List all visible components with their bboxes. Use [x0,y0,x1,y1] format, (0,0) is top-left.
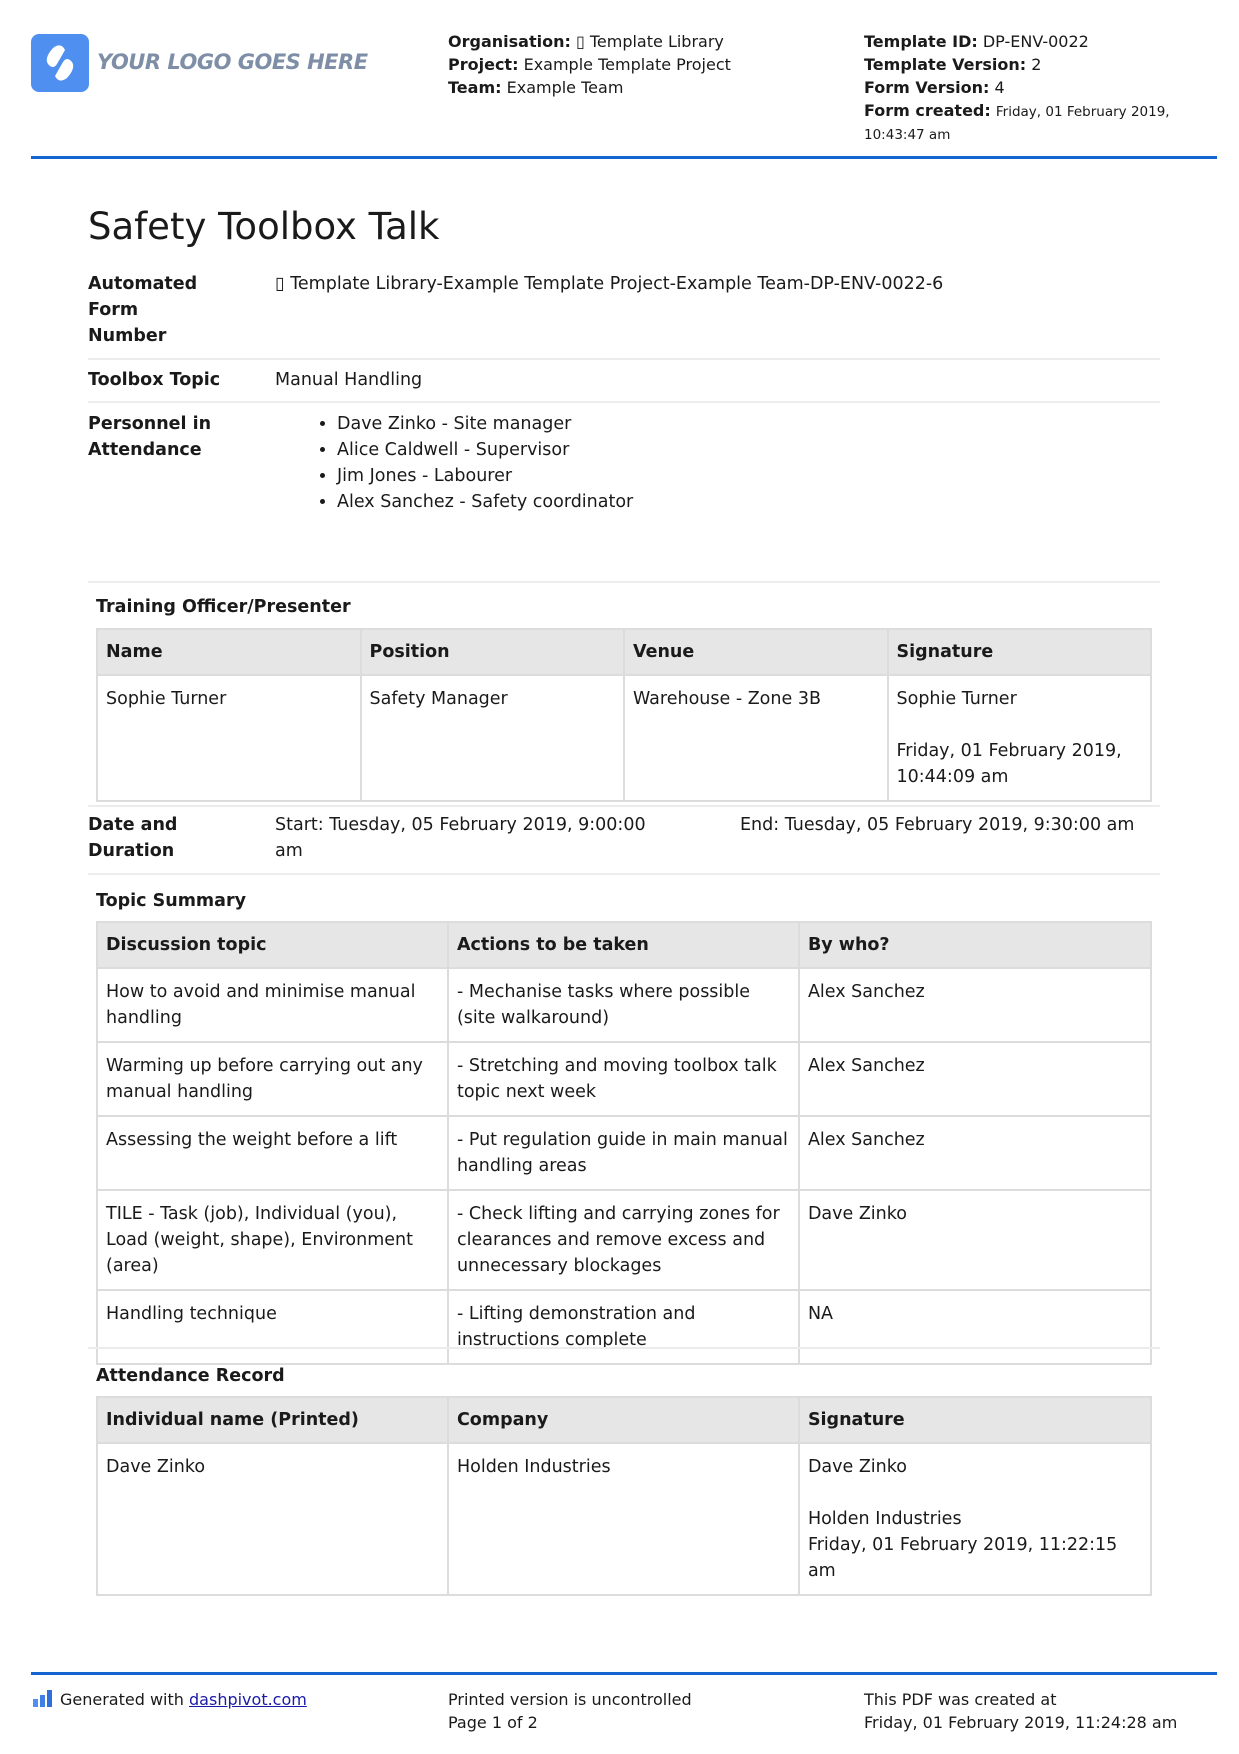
column-header: By who? [799,922,1151,968]
column-header: Company [448,1397,799,1443]
officer-venue: Warehouse - Zone 3B [624,675,888,801]
uncontrolled-notice: Printed version is uncontrolled [448,1688,692,1711]
personnel-label: Personnel in Attendance [88,411,211,463]
action: - Mechanise tasks where possible (site w… [448,968,799,1042]
personnel-item: Jim Jones - Labourer [337,463,633,489]
date-duration-label: Date and Duration [88,812,177,864]
action: - Put regulation guide in main manual ha… [448,1116,799,1190]
training-officer-title: Training Officer/Presenter [96,597,351,617]
generated-prefix: Generated with [60,1690,184,1709]
end-time: End: Tuesday, 05 February 2019, 9:30:00 … [740,812,1134,838]
footer-generated: Generated with dashpivot.com [32,1688,307,1713]
form-created-label: Form created: [864,101,991,120]
discussion-topic: TILE - Task (job), Individual (you), Loa… [97,1190,448,1290]
attendee-signature: Dave Zinko Holden Industries Friday, 01 … [799,1443,1151,1595]
assignee: Alex Sanchez [799,1042,1151,1116]
table-row: Dave Zinko Holden Industries Dave Zinko … [97,1443,1151,1595]
action: - Lifting demonstration and instructions… [448,1290,799,1364]
form-created-value: Friday, 01 February 2019, [996,104,1170,120]
table-header-row: Individual name (Printed) Company Signat… [97,1397,1151,1443]
personnel-item: Alex Sanchez - Safety coordinator [337,489,633,515]
form-number-value: ▯ Template Library-Example Template Proj… [275,271,943,297]
discussion-topic: Assessing the weight before a lift [97,1116,448,1190]
personnel-item: Alice Caldwell - Supervisor [337,437,633,463]
table-row: Handling technique - Lifting demonstrati… [97,1290,1151,1364]
company-logo [31,34,89,92]
column-header: Discussion topic [97,922,448,968]
training-officer-table: Name Position Venue Signature Sophie Tur… [96,628,1152,802]
assignee: Dave Zinko [799,1190,1151,1290]
discussion-topic: Handling technique [97,1290,448,1364]
row-separator [88,805,1160,807]
table-row: Assessing the weight before a lift - Put… [97,1116,1151,1190]
column-header: Signature [799,1397,1151,1443]
column-header: Name [97,629,361,675]
organisation-label: Organisation: [448,32,571,51]
pdf-created-value: Friday, 01 February 2019, 11:24:28 am [864,1711,1177,1734]
table-header-row: Name Position Venue Signature [97,629,1151,675]
assignee: NA [799,1290,1151,1364]
page-number: Page 1 of 2 [448,1711,692,1734]
attendee-name: Dave Zinko [97,1443,448,1595]
project-label: Project: [448,55,518,74]
table-row: Warming up before carrying out any manua… [97,1042,1151,1116]
footer-created-info: This PDF was created at Friday, 01 Febru… [864,1688,1177,1734]
template-version-label: Template Version: [864,55,1026,74]
page-title: Safety Toolbox Talk [88,205,439,248]
attendance-table: Individual name (Printed) Company Signat… [96,1396,1152,1596]
action: - Stretching and moving toolbox talk top… [448,1042,799,1116]
bar-chart-icon [32,1689,54,1713]
row-separator [88,581,1160,583]
officer-name: Sophie Turner [97,675,361,801]
toolbox-topic-label: Toolbox Topic [88,367,220,393]
form-version-label: Form Version: [864,78,989,97]
form-number-label: Automated Form Number [88,271,197,349]
template-version-value: 2 [1031,55,1041,74]
action: - Check lifting and carrying zones for c… [448,1190,799,1290]
officer-position: Safety Manager [361,675,625,801]
team-value: Example Team [507,78,624,97]
pdf-created-label: This PDF was created at [864,1688,1177,1711]
logo-text: YOUR LOGO GOES HERE [97,50,368,74]
header-divider [31,156,1217,159]
column-header: Signature [888,629,1152,675]
column-header: Individual name (Printed) [97,1397,448,1443]
table-header-row: Discussion topic Actions to be taken By … [97,922,1151,968]
footer-print-info: Printed version is uncontrolled Page 1 o… [448,1688,692,1734]
personnel-list: Dave Zinko - Site manager Alice Caldwell… [275,411,633,515]
logo-s-icon [31,34,89,92]
template-id-label: Template ID: [864,32,978,51]
attendance-record-title: Attendance Record [96,1366,285,1386]
header-template-info: Template ID: DP-ENV-0022 Template Versio… [864,30,1170,147]
assignee: Alex Sanchez [799,968,1151,1042]
attendee-company: Holden Industries [448,1443,799,1595]
row-separator [88,873,1160,875]
column-header: Actions to be taken [448,922,799,968]
start-time: Start: Tuesday, 05 February 2019, 9:00:0… [275,812,646,864]
table-row: TILE - Task (job), Individual (you), Loa… [97,1190,1151,1290]
form-version-value: 4 [995,78,1005,97]
assignee: Alex Sanchez [799,1116,1151,1190]
column-header: Venue [624,629,888,675]
template-id-value: DP-ENV-0022 [983,32,1089,51]
form-created-time: 10:43:47 am [864,124,1170,147]
organisation-value: ▯ Template Library [576,32,724,51]
project-value: Example Template Project [524,55,731,74]
column-header: Position [361,629,625,675]
officer-signature: Sophie Turner Friday, 01 February 2019, … [888,675,1152,801]
row-separator [88,401,1160,403]
header-org-info: Organisation: ▯ Template Library Project… [448,30,731,99]
row-separator [88,358,1160,360]
discussion-topic: How to avoid and minimise manual handlin… [97,968,448,1042]
dashpivot-link[interactable]: dashpivot.com [189,1690,307,1709]
discussion-topic: Warming up before carrying out any manua… [97,1042,448,1116]
table-row: How to avoid and minimise manual handlin… [97,968,1151,1042]
footer-divider [31,1672,1217,1675]
personnel-item: Dave Zinko - Site manager [337,411,633,437]
topic-summary-title: Topic Summary [96,891,246,911]
toolbox-topic-value: Manual Handling [275,367,422,393]
table-row: Sophie Turner Safety Manager Warehouse -… [97,675,1151,801]
row-separator [88,1347,1160,1349]
team-label: Team: [448,78,502,97]
topic-summary-table: Discussion topic Actions to be taken By … [96,921,1152,1365]
